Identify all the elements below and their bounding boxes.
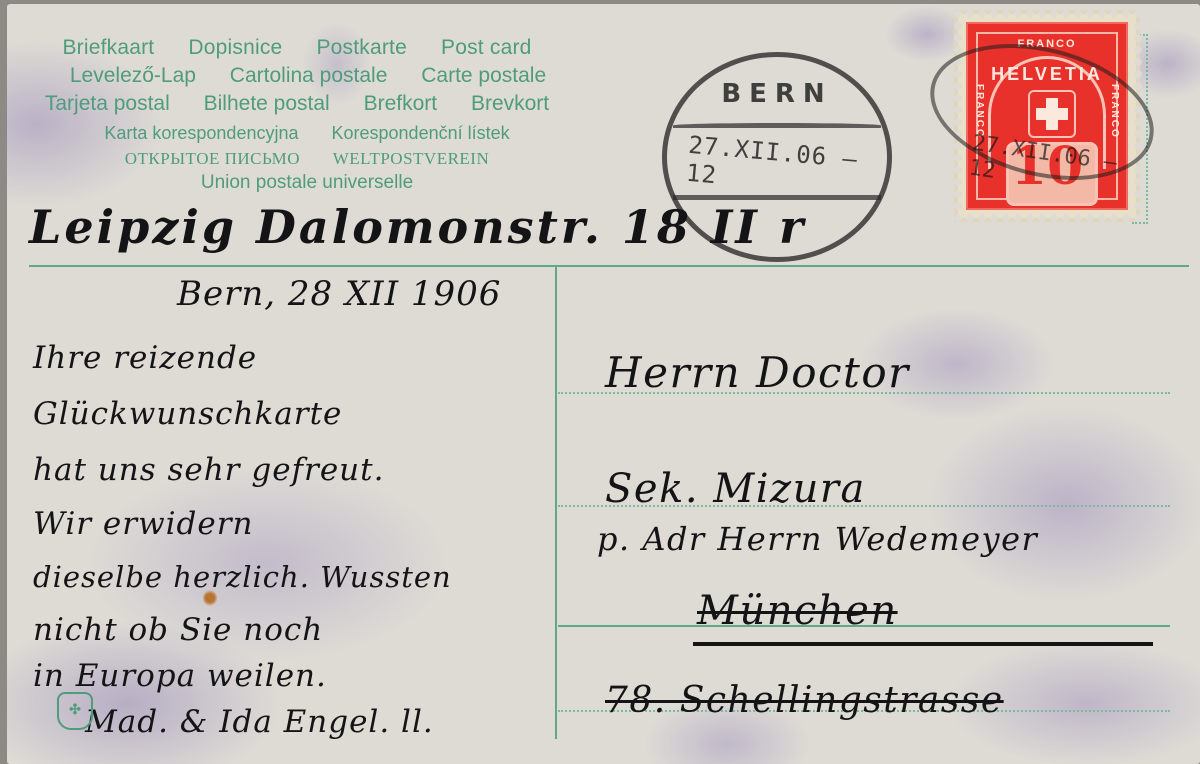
header-word: Postkarte: [316, 36, 407, 59]
postmark-band-top: [673, 123, 881, 128]
header-word: Karta korespondencyjna: [104, 123, 298, 143]
message-dateline: Bern, 28 XII 1906: [177, 274, 501, 314]
message-line-7: in Europa weilen.: [33, 658, 327, 694]
header-line-6: Union postale universelle: [47, 170, 567, 196]
header-word: Levelező-Lap: [70, 64, 196, 87]
header-word: Korespondenční lístek: [332, 123, 510, 143]
address-street-struck: 78. Schellingstrasse: [605, 680, 1004, 721]
header-word: Brefkort: [364, 92, 438, 115]
city-underline: [693, 642, 1153, 646]
message-line-5: dieselbe herzlich. Wussten: [33, 560, 452, 594]
header-word: Brevkort: [471, 92, 549, 115]
header-line-3: Tarjeta postal Bilhete postal Brefkort B…: [27, 90, 567, 118]
address-salutation: Herrn Doctor: [605, 348, 910, 397]
address-care-of: p. Adr Herrn Wedemeyer: [597, 520, 1038, 558]
publisher-logo-icon: ✣: [57, 692, 93, 730]
header-word: Union postale universelle: [201, 172, 413, 193]
header-word: Tarjeta postal: [45, 92, 170, 115]
message-line-6: nicht ob Sie noch: [33, 612, 323, 648]
postage-stamp: FRANCO HELVETIA 10 FRANCO FRANCO 27.XII.…: [958, 14, 1136, 218]
message-line-1: Ihre reizende: [33, 340, 257, 376]
postmark-city: BERN: [667, 79, 887, 109]
header-word: Cartolina postale: [230, 64, 388, 87]
header-word: Carte postale: [421, 64, 546, 87]
forwarding-note: Leipzig Dalomonstr. 18 II r: [29, 200, 806, 254]
header-word: Post card: [441, 36, 532, 59]
message-line-3: hat uns sehr gefreut.: [33, 452, 384, 488]
center-divider-line: [555, 265, 557, 739]
header-word: Dopisnice: [188, 36, 282, 59]
header-word: Briefkaart: [62, 36, 154, 59]
header-line-2: Levelező-Lap Cartolina postale Carte pos…: [49, 62, 567, 90]
postcard: Briefkaart Dopisnice Postkarte Post card…: [7, 4, 1200, 764]
rust-spot: [203, 590, 217, 606]
top-divider-line: [29, 265, 1189, 267]
printed-header: Briefkaart Dopisnice Postkarte Post card…: [27, 34, 567, 196]
header-line-5: ОТКРЫТОЕ ПИСЬМО WELTPOSTVEREIN: [47, 148, 567, 170]
header-word: WELTPOSTVEREIN: [333, 149, 490, 168]
header-line-1: Briefkaart Dopisnice Postkarte Post card: [27, 34, 567, 62]
postmark-date: 27.XII.06 – 12: [685, 131, 879, 203]
header-line-4: Karta korespondencyjna Korespondenční lí…: [47, 118, 567, 148]
message-signature: Mad. & Ida Engel. ll.: [85, 704, 434, 740]
address-city-struck: München: [697, 588, 898, 634]
message-line-2: Glückwunschkarte: [33, 396, 342, 432]
message-line-4: Wir erwidern: [33, 506, 254, 542]
address-name: Sek. Mizura: [605, 466, 866, 512]
header-word: Bilhete postal: [204, 92, 330, 115]
header-word: ОТКРЫТОЕ ПИСЬМО: [125, 149, 300, 168]
